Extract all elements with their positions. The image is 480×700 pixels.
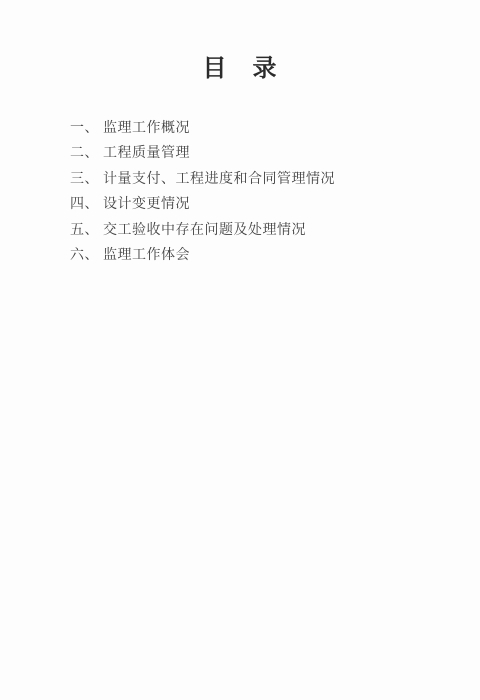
- toc-item-label: 工程质量管理: [103, 142, 480, 162]
- table-of-contents: 一、 监理工作概况 二、 工程质量管理 三、 计量支付、工程进度和合同管理情况 …: [70, 114, 480, 267]
- toc-item: 三、 计量支付、工程进度和合同管理情况: [70, 165, 480, 191]
- toc-item: 六、 监理工作体会: [70, 242, 480, 268]
- toc-item-label: 设计变更情况: [103, 193, 480, 213]
- toc-item-number: 二、: [70, 142, 103, 162]
- document-page: 目 录 一、 监理工作概况 二、 工程质量管理 三、 计量支付、工程进度和合同管…: [0, 0, 480, 700]
- page-title: 目 录: [0, 0, 480, 84]
- toc-item: 四、 设计变更情况: [70, 191, 480, 217]
- toc-item-number: 一、: [70, 117, 103, 137]
- toc-item-number: 三、: [70, 168, 103, 188]
- toc-item-label: 监理工作概况: [103, 117, 480, 137]
- toc-item-number: 六、: [70, 244, 103, 264]
- toc-item: 二、 工程质量管理: [70, 140, 480, 166]
- toc-item: 一、 监理工作概况: [70, 114, 480, 140]
- toc-item-label: 监理工作体会: [103, 244, 480, 264]
- toc-item: 五、 交工验收中存在问题及处理情况: [70, 216, 480, 242]
- toc-item-number: 五、: [70, 219, 103, 239]
- toc-item-label: 交工验收中存在问题及处理情况: [103, 219, 480, 239]
- toc-item-number: 四、: [70, 193, 103, 213]
- toc-item-label: 计量支付、工程进度和合同管理情况: [103, 168, 480, 188]
